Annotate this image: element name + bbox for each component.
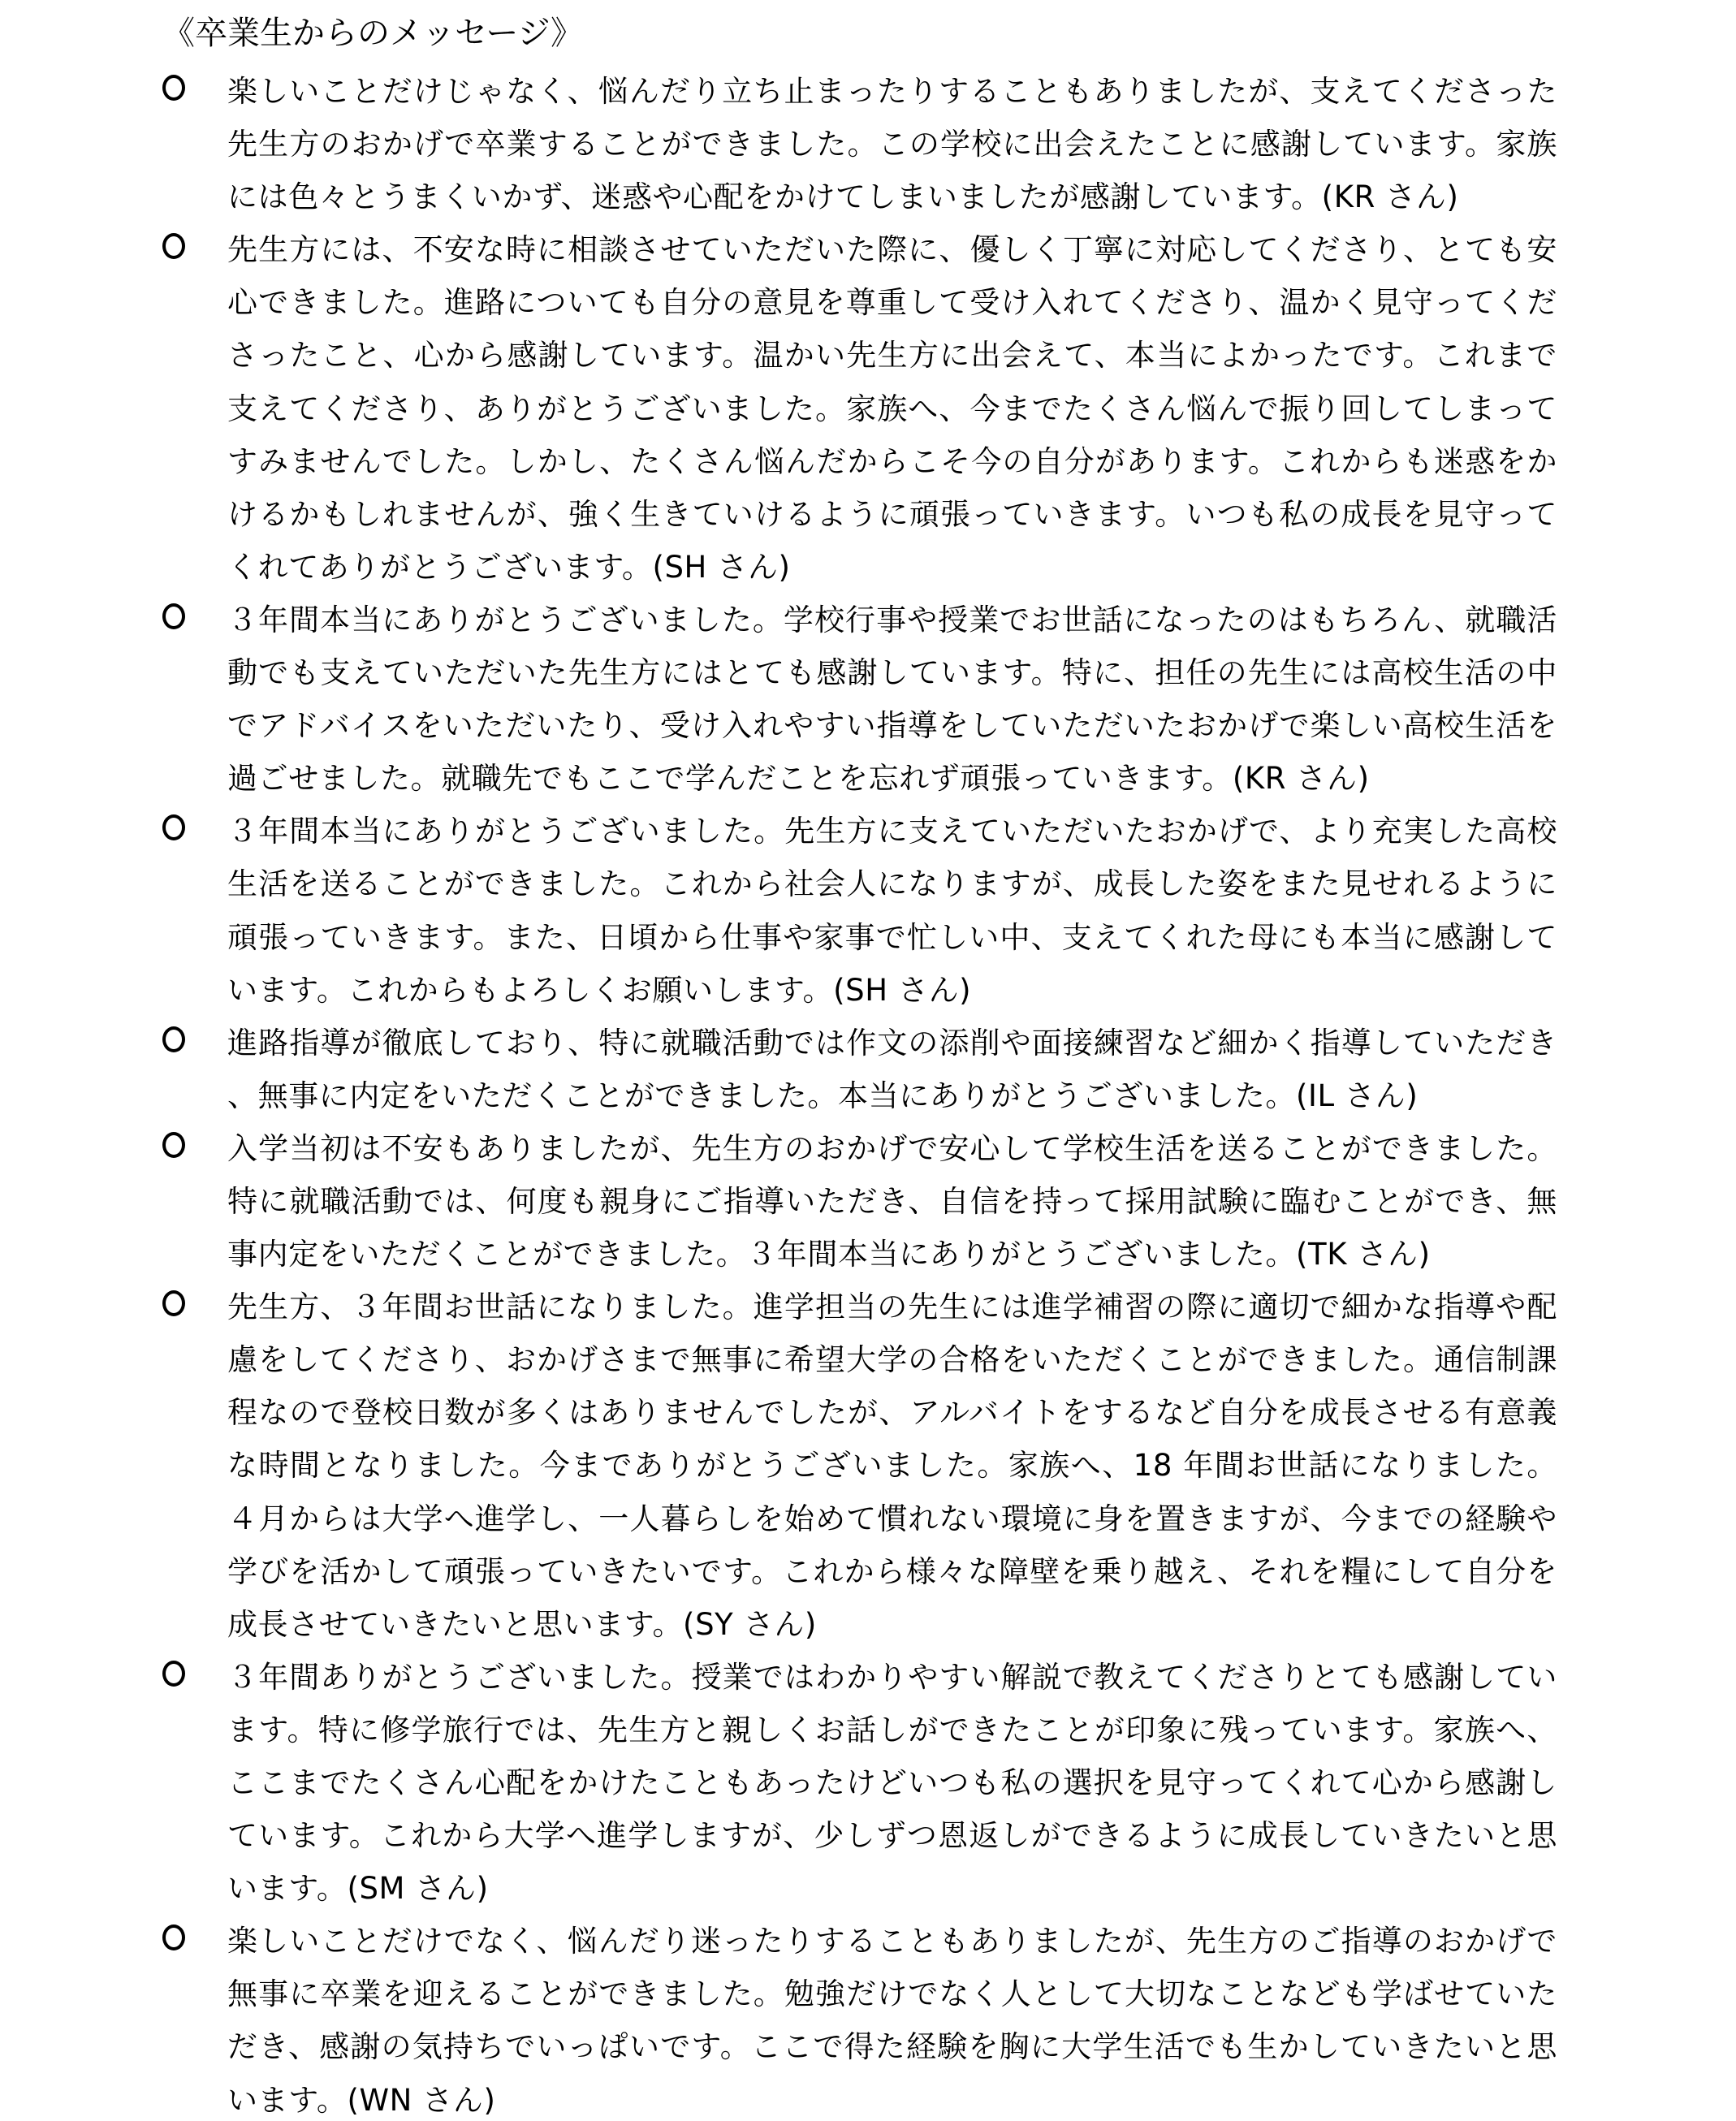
message-item: 先生方には、不安な時に相談させていただいた際に、優しく丁寧に対応してくださり、と… [0, 223, 1557, 594]
message-text: 先生方、３年間お世話になりました。進学担当の先生には進学補習の際に適切で細かな指… [227, 1281, 1557, 1651]
message-text: 先生方には、不安な時に相談させていただいた際に、優しく丁寧に対応してくださり、と… [227, 223, 1557, 594]
message-item: 先生方、３年間お世話になりました。進学担当の先生には進学補習の際に適切で細かな指… [0, 1281, 1557, 1651]
circle-bullet-icon [162, 1026, 185, 1052]
circle-bullet-icon [162, 603, 185, 629]
message-text: 楽しいことだけじゃなく、悩んだり立ち止まったりすることもありましたが、支えてくだ… [227, 65, 1557, 223]
document-title: 《卒業生からのメッセージ》 [162, 8, 583, 58]
circle-bullet-icon [162, 75, 185, 101]
message-item: 入学当初は不安もありましたが、先生方のおかげで安心して学校生活を送ることができま… [0, 1122, 1557, 1281]
message-text: 入学当初は不安もありましたが、先生方のおかげで安心して学校生活を送ることができま… [227, 1122, 1557, 1281]
circle-bullet-icon [162, 1661, 185, 1687]
message-text: 楽しいことだけでなく、悩んだり迷ったりすることもありましたが、先生方のご指導のお… [227, 1915, 1557, 2121]
message-item: 楽しいことだけじゃなく、悩んだり立ち止まったりすることもありましたが、支えてくだ… [0, 65, 1557, 223]
message-item: 楽しいことだけでなく、悩んだり迷ったりすることもありましたが、先生方のご指導のお… [0, 1915, 1557, 2121]
circle-bullet-icon [162, 1924, 185, 1950]
message-text: ３年間ありがとうございました。授業ではわかりやすい解説で教えてくださりとても感謝… [227, 1651, 1557, 1915]
circle-bullet-icon [162, 233, 185, 259]
message-item: ３年間本当にありがとうございました。先生方に支えていただいたおかげで、より充実し… [0, 805, 1557, 1016]
message-item: 進路指導が徹底しており、特に就職活動では作文の添削や面接練習など細かく指導してい… [0, 1017, 1557, 1122]
message-text: 進路指導が徹底しており、特に就職活動では作文の添削や面接練習など細かく指導してい… [227, 1017, 1557, 1122]
message-text: ３年間本当にありがとうございました。学校行事や授業でお世話になったのはもちろん、… [227, 594, 1557, 805]
message-item: ３年間ありがとうございました。授業ではわかりやすい解説で教えてくださりとても感謝… [0, 1651, 1557, 1915]
message-list: 楽しいことだけじゃなく、悩んだり立ち止まったりすることもありましたが、支えてくだ… [0, 65, 1736, 2121]
message-text: ３年間本当にありがとうございました。先生方に支えていただいたおかげで、より充実し… [227, 805, 1557, 1016]
circle-bullet-icon [162, 1290, 185, 1316]
document-page: 《卒業生からのメッセージ》 楽しいことだけじゃなく、悩んだり立ち止まったりするこ… [0, 0, 1736, 2121]
circle-bullet-icon [162, 1132, 185, 1158]
message-item: ３年間本当にありがとうございました。学校行事や授業でお世話になったのはもちろん、… [0, 594, 1557, 805]
circle-bullet-icon [162, 814, 185, 840]
